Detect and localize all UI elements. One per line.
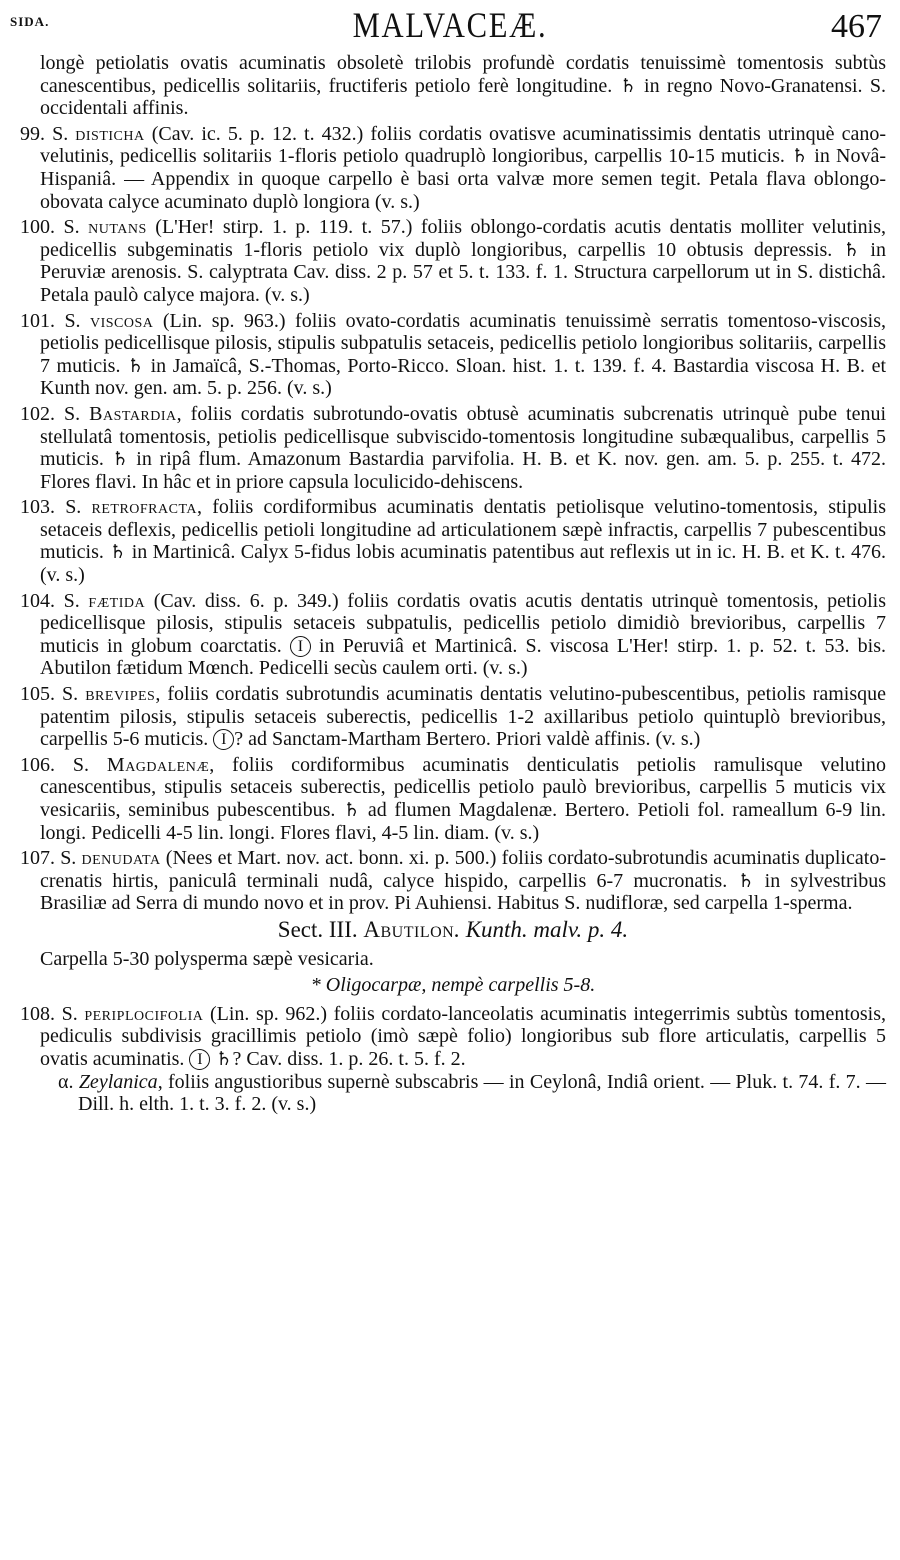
species-name: Bastardia xyxy=(89,403,177,425)
species-name: disticha xyxy=(75,123,144,145)
variety-entry: α. Zeylanica, foliis angustioribus super… xyxy=(20,1071,886,1116)
species-name: denudata xyxy=(82,847,161,869)
species-name: nutans xyxy=(88,216,147,238)
continuation-paragraph: longè petiolatis ovatis acuminatis obsol… xyxy=(20,52,886,120)
species-entry-107: 107. S. denudata (Nees et Mart. nov. act… xyxy=(20,847,886,915)
species-entry-101: 101. S. viscosa (Lin. sp. 963.) foliis o… xyxy=(20,310,886,400)
page-title: MALVACEÆ. xyxy=(68,4,833,46)
shrub-symbol-icon: ♄ xyxy=(620,75,637,97)
shrub-symbol-icon: ♄ xyxy=(215,1048,232,1070)
species-entry-99: 99. S. disticha (Cav. ic. 5. p. 12. t. 4… xyxy=(20,123,886,213)
species-name: retrofracta xyxy=(92,496,198,518)
species-name: brevipes xyxy=(85,683,155,705)
shrub-symbol-icon: ♄ xyxy=(109,541,126,563)
annual-symbol-icon: I xyxy=(189,1049,210,1070)
shrub-symbol-icon: ♄ xyxy=(127,355,144,377)
species-name: periplocifolia xyxy=(84,1003,203,1025)
subsection-heading: * Oligocarpæ, nempè carpellis 5-8. xyxy=(20,974,886,997)
species-entry-105: 105. S. brevipes, foliis cordatis subrot… xyxy=(20,683,886,751)
species-name: Magdalenæ xyxy=(107,754,209,776)
species-entry-103: 103. S. retrofracta, foliis cordiformibu… xyxy=(20,496,886,586)
species-entry-100: 100. S. nutans (L'Her! stirp. 1. p. 119.… xyxy=(20,216,886,306)
species-name: fætida xyxy=(88,590,145,612)
page-number: 467 xyxy=(831,8,882,46)
page-header: SIDA. MALVACEÆ. 467 xyxy=(0,0,900,56)
section-description: Carpella 5-30 polysperma sæpè vesicaria. xyxy=(20,948,886,971)
page-body: longè petiolatis ovatis acuminatis obsol… xyxy=(20,52,886,1116)
section-heading: Sect. III. Abutilon. Kunth. malv. p. 4. xyxy=(20,919,886,942)
species-entry-102: 102. S. Bastardia, foliis cordatis subro… xyxy=(20,403,886,493)
shrub-symbol-icon: ♄ xyxy=(737,870,754,892)
annual-symbol-icon: I xyxy=(213,729,234,750)
running-head: SIDA. xyxy=(10,14,49,30)
species-entry-106: 106. S. Magdalenæ, foliis cordiformibus … xyxy=(20,754,886,844)
shrub-symbol-icon: ♄ xyxy=(843,239,860,261)
document-page: SIDA. MALVACEÆ. 467 longè petiolatis ova… xyxy=(0,0,900,1560)
species-name: viscosa xyxy=(90,310,153,332)
shrub-symbol-icon: ♄ xyxy=(343,799,360,821)
shrub-symbol-icon: ♄ xyxy=(112,448,129,470)
species-entry-104: 104. S. fætida (Cav. diss. 6. p. 349.) f… xyxy=(20,590,886,680)
annual-symbol-icon: I xyxy=(290,636,311,657)
species-entry-108: 108. S. periplocifolia (Lin. sp. 962.) f… xyxy=(20,1003,886,1071)
shrub-symbol-icon: ♄ xyxy=(791,145,808,167)
